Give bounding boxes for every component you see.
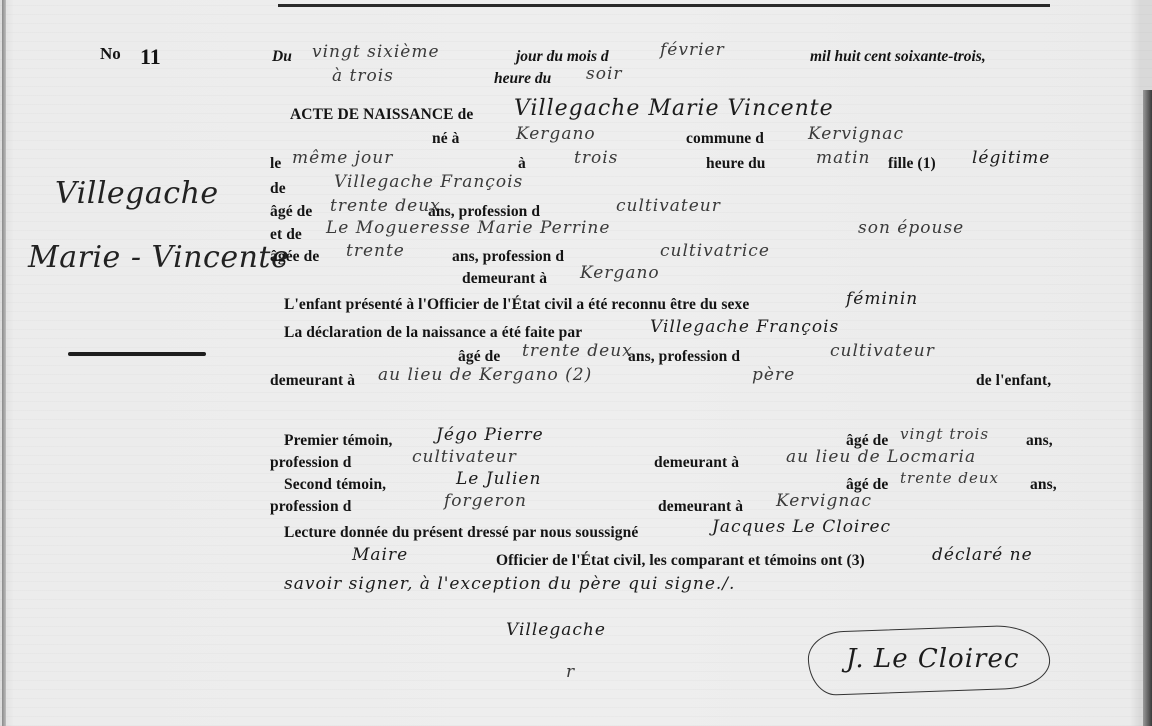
witness2-age: trente deux: [900, 469, 999, 487]
declarant-age-label: âgé de: [458, 348, 500, 366]
birth-place: Kergano: [516, 124, 596, 144]
heure-label: heure du: [706, 155, 766, 173]
birth-time: matin: [816, 148, 870, 168]
father-age: trente deux: [330, 196, 441, 216]
witness2-label: Second témoin,: [284, 476, 386, 494]
declaration-continuation: savoir signer, à l'exception du père qui…: [284, 574, 735, 594]
page-left-edge: [2, 0, 6, 726]
declaration-value: déclaré ne: [932, 545, 1033, 565]
father-age-label: âgé de: [270, 203, 312, 221]
legitimacy-value: légitime: [972, 148, 1050, 168]
mother-name: Le Mogueresse Marie Perrine: [326, 218, 610, 238]
mother-demeurant-label: demeurant à: [462, 270, 547, 288]
mayor-signature: J. Le Cloirec: [846, 644, 1019, 674]
mark-signature: r: [566, 662, 575, 682]
birth-day: même jour: [292, 148, 393, 168]
witness1-profession: cultivateur: [412, 447, 517, 467]
sex-value: féminin: [846, 289, 918, 309]
declarant-profession: cultivateur: [830, 341, 935, 361]
child-name: Villegache Marie Vincente: [514, 96, 834, 121]
witness2-prof-label: profession d: [270, 498, 351, 516]
register-page: No 11 Villegache Marie - Vincente Du vin…: [0, 0, 1152, 726]
officer-title: Maire: [352, 545, 408, 565]
page-right-edge: [1143, 90, 1152, 726]
entry-number: 11: [140, 44, 161, 70]
father-name: Villegache François: [334, 172, 523, 192]
father-profession: cultivateur: [616, 196, 721, 216]
top-rule: [278, 4, 1050, 7]
year-printed: mil huit cent soixante-trois,: [810, 48, 986, 66]
witness1-prof-label: profession d: [270, 454, 351, 472]
lecture-label: Lecture donnée du présent dressé par nou…: [284, 524, 638, 542]
month-value: février: [660, 40, 725, 60]
witness2-profession: forgeron: [444, 491, 527, 511]
mother-et-de-label: et de: [270, 226, 302, 244]
witness1-residence: au lieu de Locmaria: [786, 447, 976, 467]
time-of-day-value: soir: [586, 64, 623, 84]
witness1-name: Jégo Pierre: [436, 425, 544, 445]
commune-label: commune d: [686, 130, 764, 148]
entry-number-label: No: [100, 44, 121, 64]
declarant-name: Villegache François: [650, 317, 839, 337]
hour-value: à trois: [332, 66, 394, 86]
witness1-ans-label: ans,: [1026, 432, 1053, 450]
commune-value: Kervignac: [808, 124, 904, 144]
ne-label: né à: [432, 130, 460, 148]
witness1-demeurant-label: demeurant à: [654, 454, 739, 472]
sex-label: L'enfant présenté à l'Officier de l'État…: [284, 296, 749, 314]
declarant-demeurant-label: demeurant à: [270, 372, 355, 390]
witness2-ans-label: ans,: [1030, 476, 1057, 494]
mother-profession: cultivatrice: [660, 241, 770, 261]
birth-hour: trois: [574, 148, 618, 168]
mother-age: trente: [346, 241, 405, 261]
declarant-label: La déclaration de la naissance a été fai…: [284, 324, 582, 342]
witness1-age: vingt trois: [900, 425, 989, 443]
mother-residence: Kergano: [580, 263, 660, 283]
witness2-residence: Kervignac: [776, 491, 872, 511]
margin-given-names: Marie - Vincente: [28, 240, 289, 275]
a-label: à: [518, 155, 526, 173]
declarant-relation-suffix: de l'enfant,: [976, 372, 1051, 390]
officer-name: Jacques Le Cloirec: [712, 517, 891, 537]
declarant-residence: au lieu de Kergano (2): [378, 365, 592, 385]
margin-surname: Villegache: [55, 176, 219, 211]
declarant-age: trente deux: [522, 341, 633, 361]
witness2-demeurant-label: demeurant à: [658, 498, 743, 516]
du-label: Du: [272, 48, 292, 66]
le-label: le: [270, 155, 281, 173]
officer-label: Officier de l'État civil, les comparant …: [496, 552, 865, 570]
mother-relation: son épouse: [858, 218, 964, 238]
acte-label: ACTE DE NAISSANCE de: [290, 106, 473, 124]
hour-label: heure du: [494, 70, 551, 88]
father-signature: Villegache: [506, 620, 606, 640]
mother-prof-label: ans, profession d: [452, 248, 564, 266]
witness1-label: Premier témoin,: [284, 432, 393, 450]
declarant-prof-label: ans, profession d: [628, 348, 740, 366]
father-de-label: de: [270, 180, 286, 198]
fille-label: fille (1): [888, 155, 936, 173]
declarant-relation: père: [752, 365, 795, 385]
day-value: vingt sixième: [312, 42, 440, 62]
mother-age-label: âgée de: [270, 248, 319, 266]
margin-rule: [68, 352, 206, 356]
witness2-name: Le Julien: [456, 469, 541, 489]
